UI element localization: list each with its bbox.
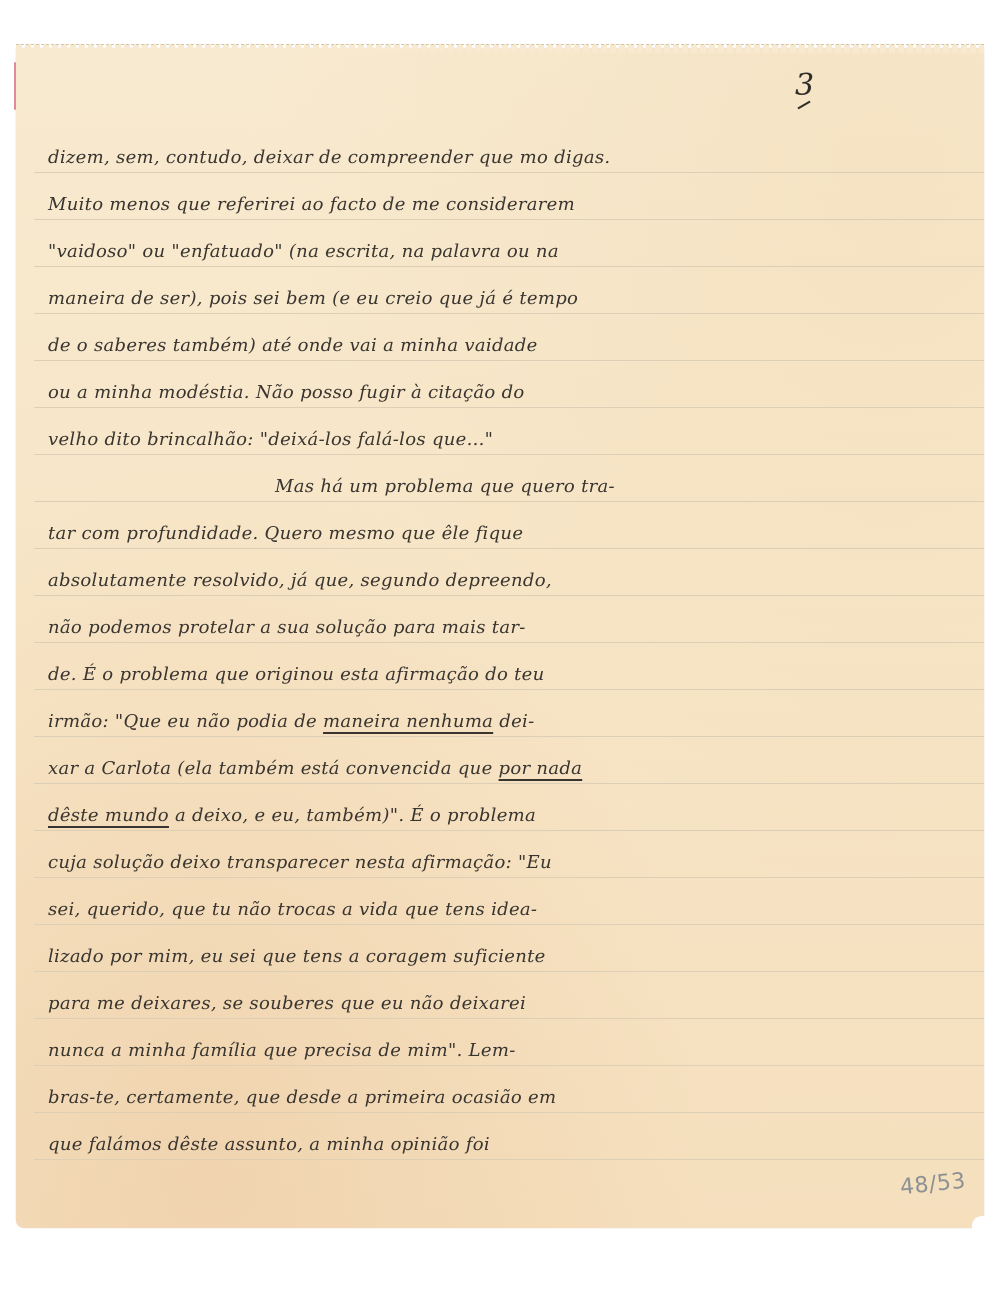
line-text: a deixo, e eu, também)". É o problema — [169, 805, 536, 826]
torn-top-edge — [16, 44, 984, 53]
letter-line-8-paragraph-start: Mas há um problema que quero tra- — [275, 469, 1000, 505]
page-number: 3 — [795, 68, 814, 103]
letter-line-13: irmão: "Que eu não podia de maneira nenh… — [48, 704, 973, 740]
letter-line-6: ou a minha modéstia. Não posso fugir à c… — [48, 375, 973, 411]
letter-line-22: que falámos dêste assunto, a minha opini… — [48, 1127, 973, 1163]
line-text: irmão: "Que eu não podia de — [48, 711, 323, 732]
letter-line-21: bras-te, certamente, que desde a primeir… — [48, 1080, 973, 1116]
letter-line-4: maneira de ser), pois sei bem (e eu crei… — [48, 281, 973, 317]
letter-line-17: sei, querido, que tu não trocas a vida q… — [48, 892, 973, 928]
letter-line-9: tar com profundidade. Quero mesmo que êl… — [48, 516, 973, 552]
line-text: dei- — [493, 711, 534, 732]
letter-line-10: absolutamente resolvido, já que, segundo… — [48, 563, 973, 599]
letter-line-19: para me deixares, se souberes que eu não… — [48, 986, 973, 1022]
letter-line-2: Muito menos que referirei ao facto de me… — [48, 187, 973, 223]
folded-corner — [972, 1216, 986, 1230]
underlined-phrase: por nada — [499, 758, 583, 779]
letter-line-18: lizado por mim, eu sei que tens a corage… — [48, 939, 973, 975]
letter-line-1: dizem, sem, contudo, deixar de compreend… — [48, 140, 973, 176]
letter-line-16: cuja solução deixo transparecer nesta af… — [48, 845, 973, 881]
letter-line-5: de o saberes também) até onde vai a minh… — [48, 328, 973, 364]
letter-line-7: velho dito brincalhão: "deixá-los falá-l… — [48, 422, 973, 458]
letter-line-14: xar a Carlota (ela também está convencid… — [48, 751, 973, 787]
red-margin-mark — [14, 62, 16, 110]
letter-line-11: não podemos protelar a sua solução para … — [48, 610, 973, 646]
letter-line-12: de. É o problema que originou esta afirm… — [48, 657, 973, 693]
underlined-phrase: maneira nenhuma — [323, 711, 493, 732]
line-text: xar a Carlota (ela também está convencid… — [48, 758, 499, 779]
letter-line-20: nunca a minha família que precisa de mim… — [48, 1033, 973, 1069]
letter-line-3: "vaidoso" ou "enfatuado" (na escrita, na… — [48, 234, 973, 270]
underlined-phrase: dêste mundo — [48, 805, 169, 826]
letter-line-15: dêste mundo a deixo, e eu, também)". É o… — [48, 798, 973, 834]
